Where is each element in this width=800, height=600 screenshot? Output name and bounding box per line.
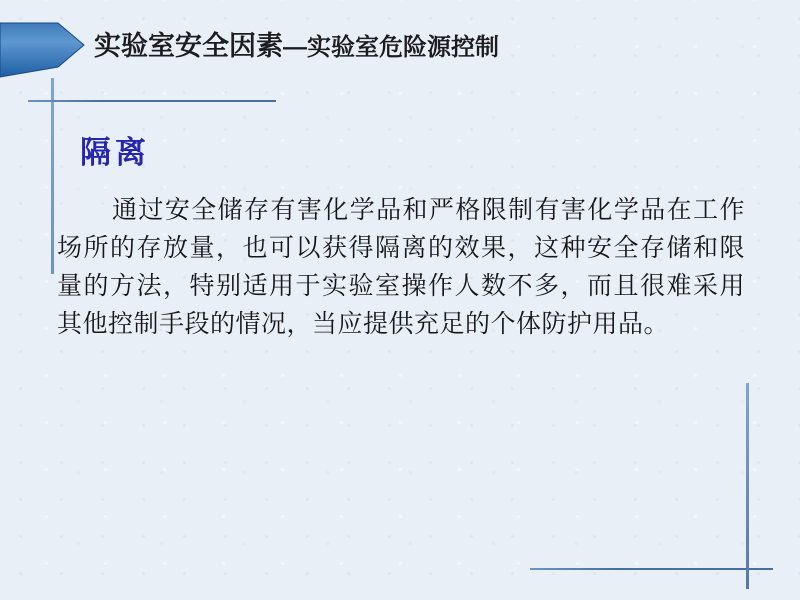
decor-right-vertical-line: [746, 383, 749, 589]
decor-left-vertical-line: [51, 78, 54, 274]
section-heading: 隔离: [80, 127, 150, 172]
slide-title-main: 实验室安全因素: [94, 24, 283, 63]
decor-bottom-horizontal-line: [530, 568, 773, 570]
body-paragraph: 通过安全储存有害化学品和严格限制有害化学品在工作场所的存放量，也可以获得隔离的效…: [57, 191, 745, 343]
slide-title-sub: —实验室危险源控制: [283, 27, 499, 62]
decor-top-horizontal-line: [28, 100, 276, 102]
right-arrow-icon: [0, 0, 90, 85]
slide: 实验室安全因素—实验室危险源控制 隔离 通过安全储存有害化学品和严格限制有害化学…: [0, 0, 800, 600]
slide-title: 实验室安全因素—实验室危险源控制: [94, 24, 499, 63]
